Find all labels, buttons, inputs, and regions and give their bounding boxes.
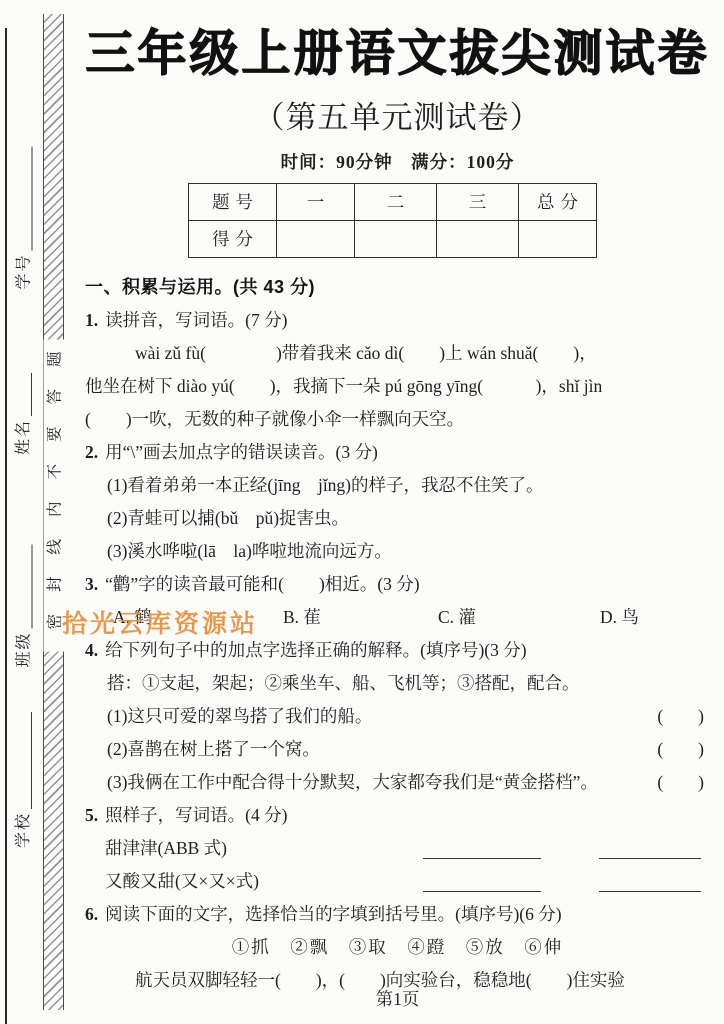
q4-definition: 搭：①支起，架起；②乘坐车、船、飞机等；③搭配，配合。 [85,667,710,700]
q1-line-3: ( )一吹，无数的种子就像小伞一样飘向天空。 [85,403,710,436]
q4-item-1: (1)这只可爱的翠鸟搭了我们的船。( ) [85,700,710,733]
watermark: 拾光云库资源站 [62,604,258,640]
seal-field-blank [32,545,33,629]
question-2-title: 2.用“\”画去加点字的错误读音。(3 分) [85,436,710,469]
score-table-cell-label: 得分 [189,220,277,257]
question-text: 给下列句子中的加点字选择正确的解释。(填序号)(3 分) [105,640,526,660]
seal-field-class: 班级 [14,545,36,668]
score-table-cell-label: 题号 [189,183,277,220]
q3-option-d: D. 鸟 [600,601,639,634]
question-text: “鹳”字的读音最可能和( )相近。(3 分) [105,574,419,594]
page-edge-line [5,28,7,1024]
question-3-title: 3.“鹳”字的读音最可能和( )相近。(3 分) [85,568,710,601]
q2-item-3: (3)溪水哗啦(lā la)哗啦地流向远方。 [85,535,710,568]
score-cell-empty [355,220,437,257]
section-heading: 一、积累与运用。(共 43 分) [85,271,710,304]
answer-slot: ( ) [657,700,710,733]
question-number: 4. [85,640,98,660]
seal-field-name: 姓名 [13,373,35,455]
score-table-cell-label: 总分 [519,183,597,220]
q2-item-1: (1)看着弟弟一本正经(jīng jǐng)的样子，我忍不住笑了。 [85,469,710,502]
q4-item-text: (1)这只可爱的翠鸟搭了我们的船。 [107,700,372,733]
score-table: 题号 一 二 三 总分 得分 [188,183,597,258]
q5-example: 甜津津(ABB 式) [85,832,381,865]
paper-body: 三年级上册语文拔尖测试卷 （第五单元测试卷） 时间：90分钟 满分：100分 题… [85,0,710,1024]
question-number: 3. [85,574,98,594]
score-cell-empty [277,220,355,257]
q6-choices: ①抓 ②飘 ③取 ④蹬 ⑤放 ⑥伸 [85,931,710,964]
score-table-cell: 二 [355,183,437,220]
question-1-title: 1.读拼音，写词语。(7 分) [85,304,710,337]
paper-subtitle: （第五单元测试卷） [85,92,710,137]
seal-field-student-number: 学号 [14,147,36,290]
q4-item-2: (2)喜鹊在树上搭了一个窝。( ) [85,733,710,766]
q5-example: 又酸又甜(又×又×式) [85,865,381,898]
seal-field-label: 班级 [14,631,36,667]
answer-blank-line [423,891,541,892]
q1-line-2: 他坐在树下 diào yú( )，我摘下一朵 pú gōng yīng( )，s… [85,370,710,403]
q1-line-1: wài zǔ fù( )带着我来 cǎo dì( )上 wán shuǎ( )， [85,337,710,370]
q5-row-1: 甜津津(ABB 式) [85,832,710,865]
seal-field-label: 学校 [13,812,35,848]
question-number: 1. [85,310,98,330]
q4-item-text: (3)我俩在工作中配合得十分默契，大家都夸我们是“黄金搭档”。 [107,766,598,799]
question-text: 照样子，写词语。(4 分) [105,805,287,825]
exam-paper-page: 密封线内不要答题 学号 姓名 班级 学校 拾光云库资源站 三年级上册语文拔尖测试… [0,0,724,1024]
page-number: 第1页 [85,986,710,1011]
question-6-title: 6.阅读下面的文字，选择恰当的字填到括号里。(填序号)(6 分) [85,898,710,931]
q3-option-b: B. 萑 [283,601,438,634]
answer-slot: ( ) [657,766,710,799]
seal-field-label: 学号 [14,253,36,289]
score-table-header-row: 题号 一 二 三 总分 [189,183,597,220]
q3-option-c: C. 灌 [438,601,600,634]
answer-blank-line [599,858,701,859]
question-text: 用“\”画去加点字的错误读音。(3 分) [105,442,378,462]
exam-meta: 时间：90分钟 满分：100分 [85,149,710,174]
question-number: 2. [85,442,98,462]
q4-item-text: (2)喜鹊在树上搭了一个窝。 [107,733,320,766]
question-text: 阅读下面的文字，选择恰当的字填到括号里。(填序号)(6 分) [105,904,561,924]
answer-blank-line [423,858,541,859]
answer-slot: ( ) [657,733,710,766]
seal-field-school: 学校 [13,712,35,848]
score-table-cell: 三 [437,183,519,220]
score-table-score-row: 得分 [189,220,597,257]
seal-field-blank [31,712,32,809]
seal-field-label: 姓名 [13,419,35,455]
question-5-title: 5.照样子，写词语。(4 分) [85,799,710,832]
question-number: 5. [85,805,98,825]
q4-item-3: (3)我俩在工作中配合得十分默契，大家都夸我们是“黄金搭档”。( ) [85,766,710,799]
answer-blank-line [599,891,701,892]
question-text: 读拼音，写词语。(7 分) [105,310,287,330]
seal-field-blank [31,373,32,416]
paper-title: 三年级上册语文拔尖测试卷 [85,28,710,82]
question-number: 6. [85,904,98,924]
q2-item-2: (2)青蛙可以捕(bǔ pǔ)捉害虫。 [85,502,710,535]
q5-row-2: 又酸又甜(又×又×式) [85,865,710,898]
score-table-cell: 一 [277,183,355,220]
score-cell-empty [437,220,519,257]
score-cell-empty [519,220,597,257]
seal-field-blank [32,147,33,251]
